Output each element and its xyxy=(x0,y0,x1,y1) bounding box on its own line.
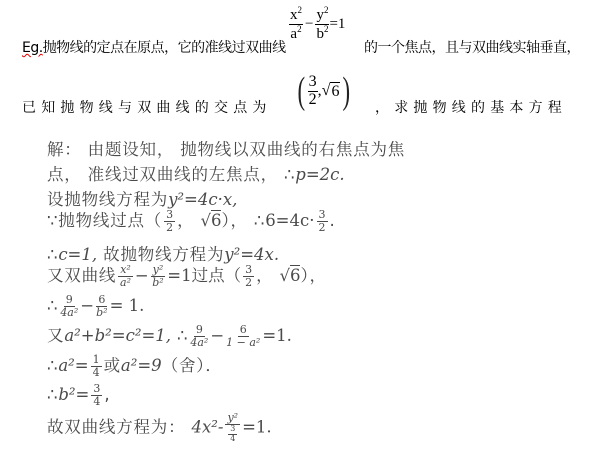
left-paren: ( xyxy=(298,72,306,110)
solution-line-4: ∵抛物线过点（32， √6）， ∴6=4c·32. xyxy=(47,207,336,234)
right-paren: ) xyxy=(343,72,351,110)
solution-line-2: 点， 准线过双曲线的左焦点， ∴p=2c. xyxy=(47,161,345,185)
solution-line-6: 又双曲线x²a²−y²b²=1过点（32， √6）， xyxy=(47,262,327,289)
problem-text-1a: 抛物线的定点在原点，它的准线过双曲线 xyxy=(43,40,286,56)
solution-line-8: 又a²+b²=c²=1, ∴94a²−61 − a²=1. xyxy=(47,322,292,349)
solution-line-1: 解： 由题设知， 抛物线以双曲线的右焦点为焦 xyxy=(47,136,405,160)
problem-line-2b: ，求抛物线的基本方程 xyxy=(375,97,567,117)
solution-line-9: ∴a²=14或a²=9（舍）． xyxy=(47,352,223,379)
sqrt-6: √6 xyxy=(322,82,341,101)
problem-line-2a: 已知抛物线与双曲线的交点为 xyxy=(22,97,272,117)
problem-line-1b: 的一个焦点，且与双曲线实轴垂直， xyxy=(364,37,580,57)
example-prefix: Eg. xyxy=(22,40,43,56)
solution-line-10: ∴b²=34, xyxy=(47,383,110,408)
solution-line-11: 故双曲线方程为： 4x²-y²34=1. xyxy=(47,412,272,444)
hyperbola-equation: x2 a2 − y2 b2 =1 xyxy=(289,6,345,43)
problem-line-1a: Eg.抛物线的定点在原点，它的准线过双曲线 xyxy=(22,37,286,57)
x-over-a-fraction: x2 a2 xyxy=(289,6,303,43)
y-over-b-fraction: y2 b2 xyxy=(315,6,329,43)
intersection-point: ( 3 2 , √6 ) xyxy=(295,72,353,110)
solution-line-7: ∴94a²−6b²= 1. xyxy=(47,294,144,319)
